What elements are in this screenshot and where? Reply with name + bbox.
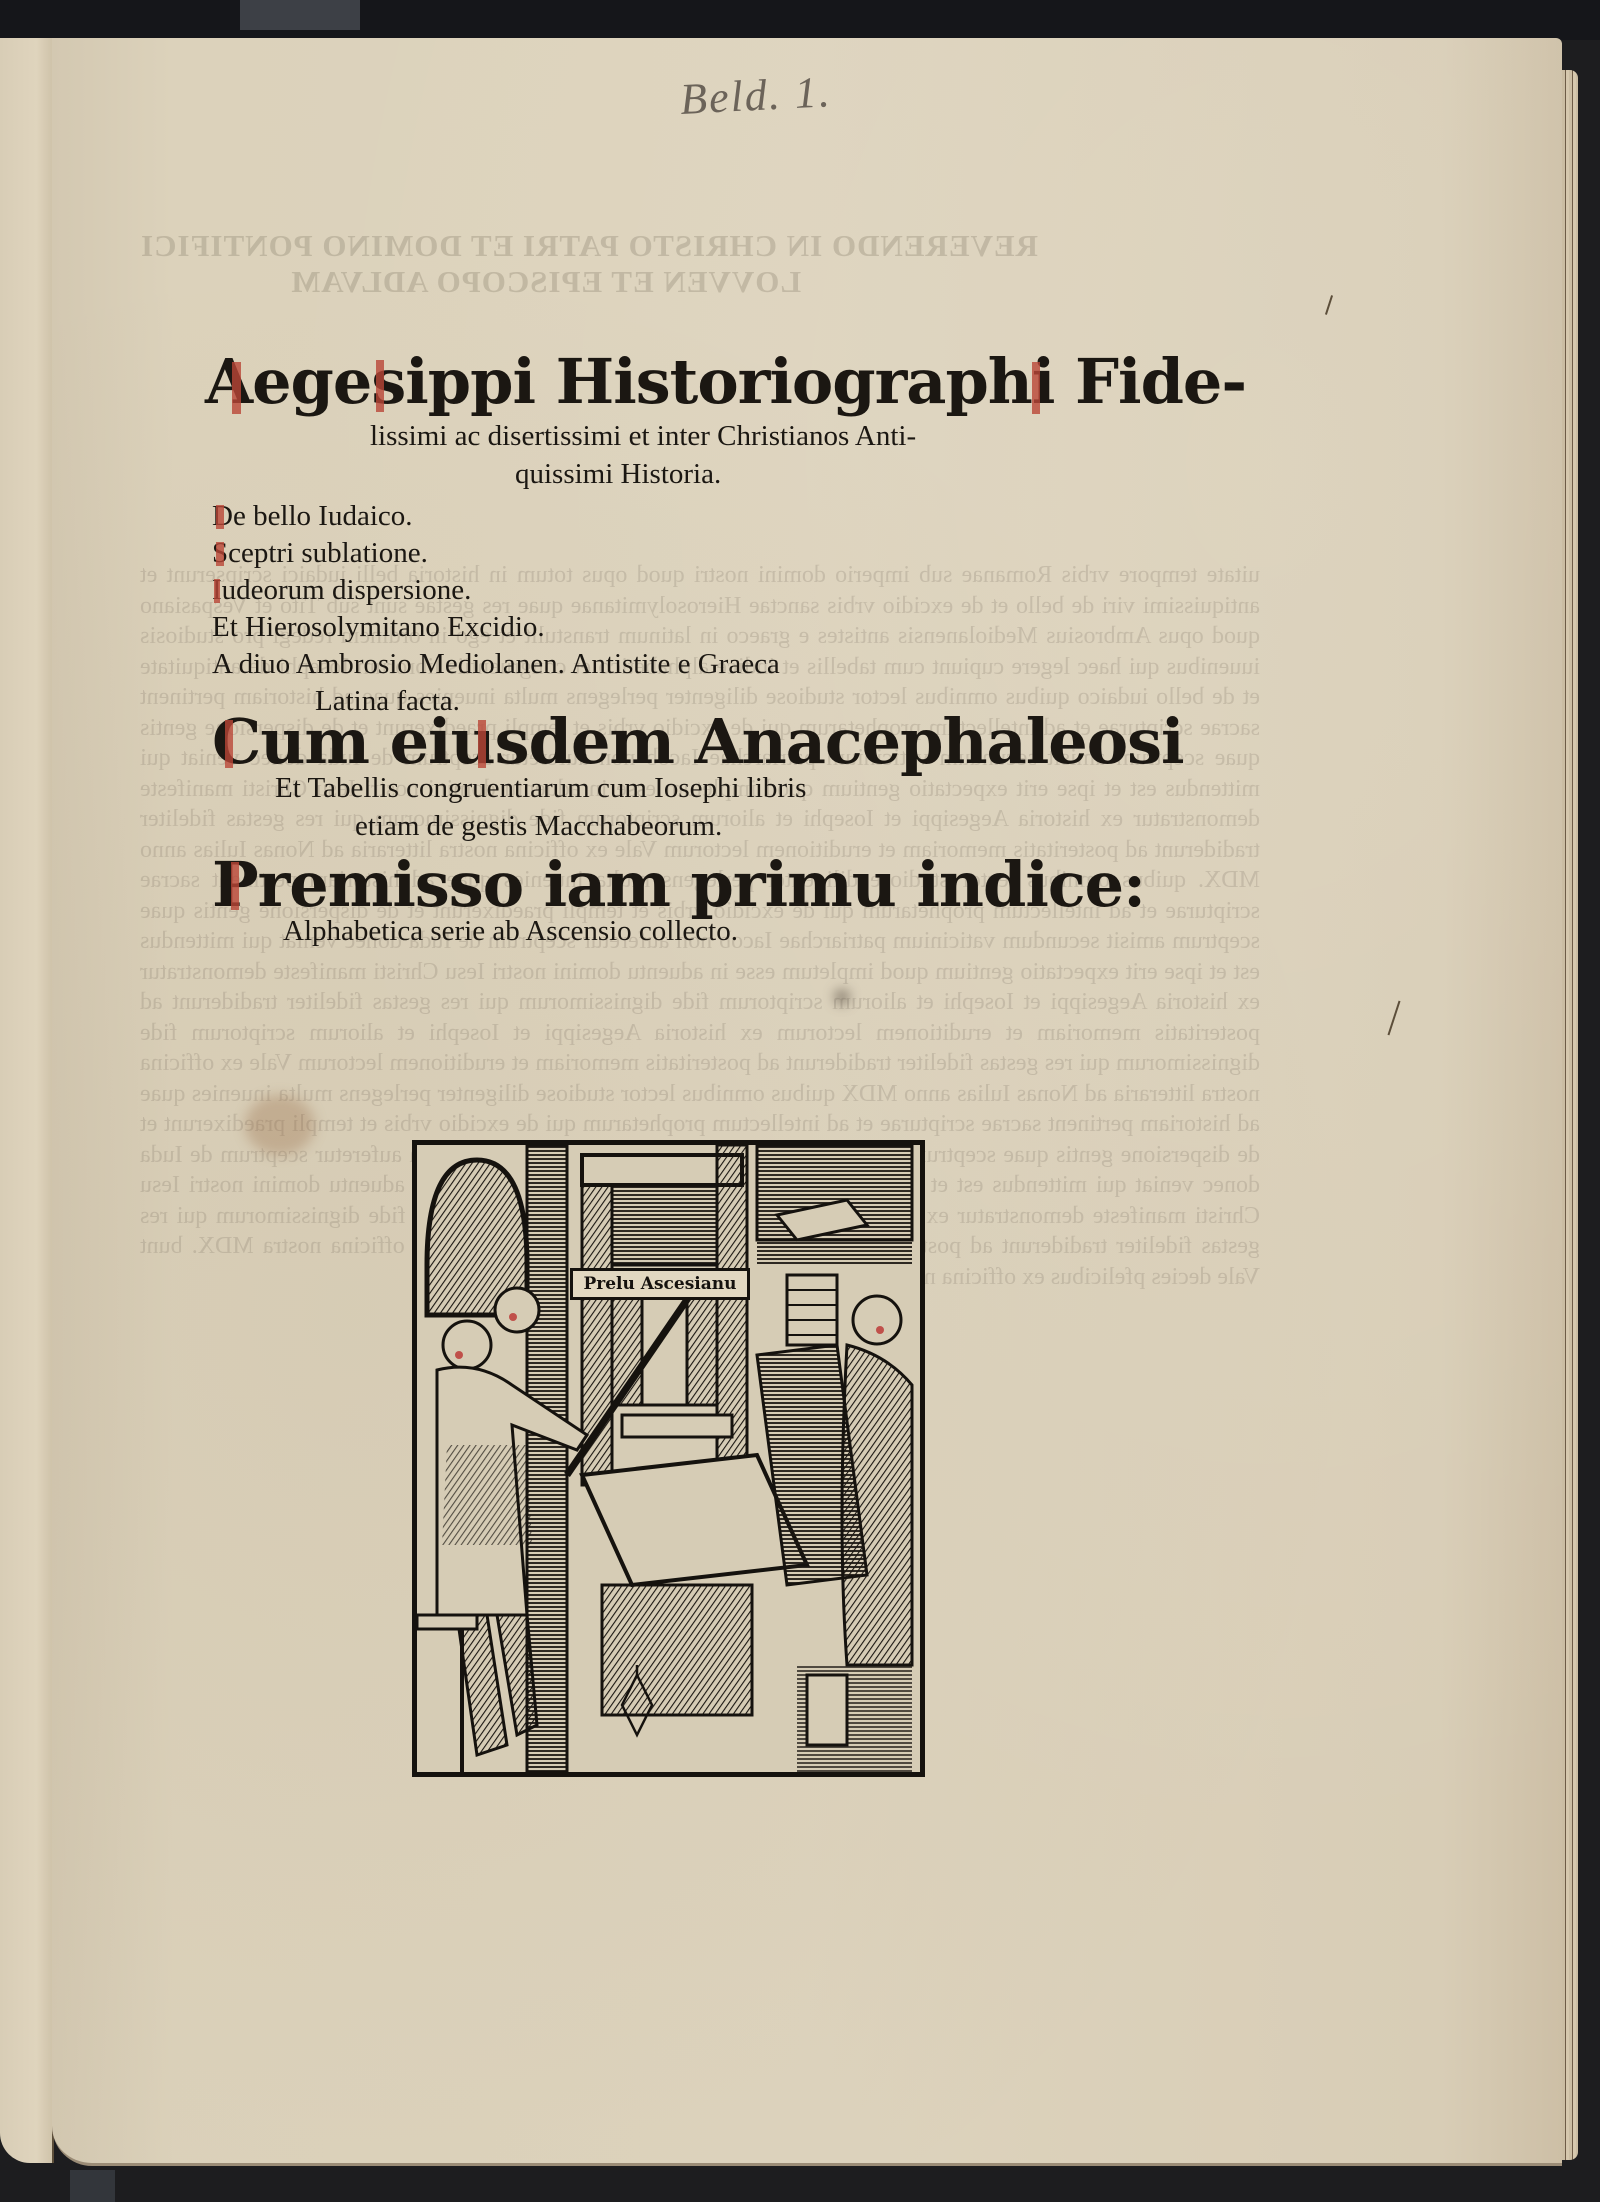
show-through-header-1: REVERENDO IN CHRISTO PATRI ET DOMINO PON… — [140, 228, 1038, 264]
rubrication-initial-I — [214, 579, 220, 603]
woodcut-illustration — [417, 1145, 920, 1772]
rubrication-initial-F — [1032, 362, 1040, 414]
rubrication-initial-S — [216, 542, 224, 566]
second-heading: Cum eiusdem Anacephaleosi — [212, 705, 1184, 778]
ink-speck — [835, 990, 849, 1004]
scan-backdrop-tab — [70, 2170, 115, 2202]
woodcut-printing-press — [412, 1140, 925, 1777]
third-line: Alphabetica serie ab Ascensio collecto. — [283, 915, 738, 948]
foxing-stain — [245, 1095, 315, 1155]
subtitle-line-2: quissimi Historia. — [515, 458, 721, 491]
rubrication-initial-A — [232, 362, 241, 414]
woodcut-banner-label: Prelu Ascesianu — [570, 1268, 750, 1300]
rubrication-initial-C — [225, 720, 233, 768]
rubrication-initial-H — [376, 360, 384, 412]
topic-line-4: Et Hierosolymitano Excidio. — [212, 611, 545, 644]
second-line-1: Et Tabellis congruentiarum cum Iosephi l… — [275, 772, 806, 805]
second-line-2: etiam de gestis Macchabeorum. — [355, 810, 722, 843]
third-heading: Premisso iam primu indice: — [212, 848, 1145, 921]
rubrication-initial-D — [216, 505, 224, 529]
scan-backdrop-strip — [240, 0, 360, 30]
verso-page-edge — [0, 38, 54, 2163]
subtitle-line-1: lissimi ac disertissimi et inter Christi… — [370, 420, 916, 453]
rubrication-initial-A2 — [478, 720, 486, 768]
shelfmark-annotation: Beld. 1. — [679, 66, 833, 125]
show-through-header-2: LOVVEN ET EPISCOPO ADLVAM — [290, 264, 801, 300]
topic-line-2: Sceptri sublatione. — [212, 537, 428, 570]
title-line: Aegesippi Historiographi Fide- — [205, 345, 1246, 418]
topic-line-5: A diuo Ambrosio Mediolanen. Antistite e … — [212, 648, 780, 681]
rubrication-initial-P — [231, 862, 239, 910]
topic-line-1: De bello Iudaico. — [212, 500, 413, 533]
topic-line-3: Iudeorum dispersione. — [212, 574, 471, 607]
